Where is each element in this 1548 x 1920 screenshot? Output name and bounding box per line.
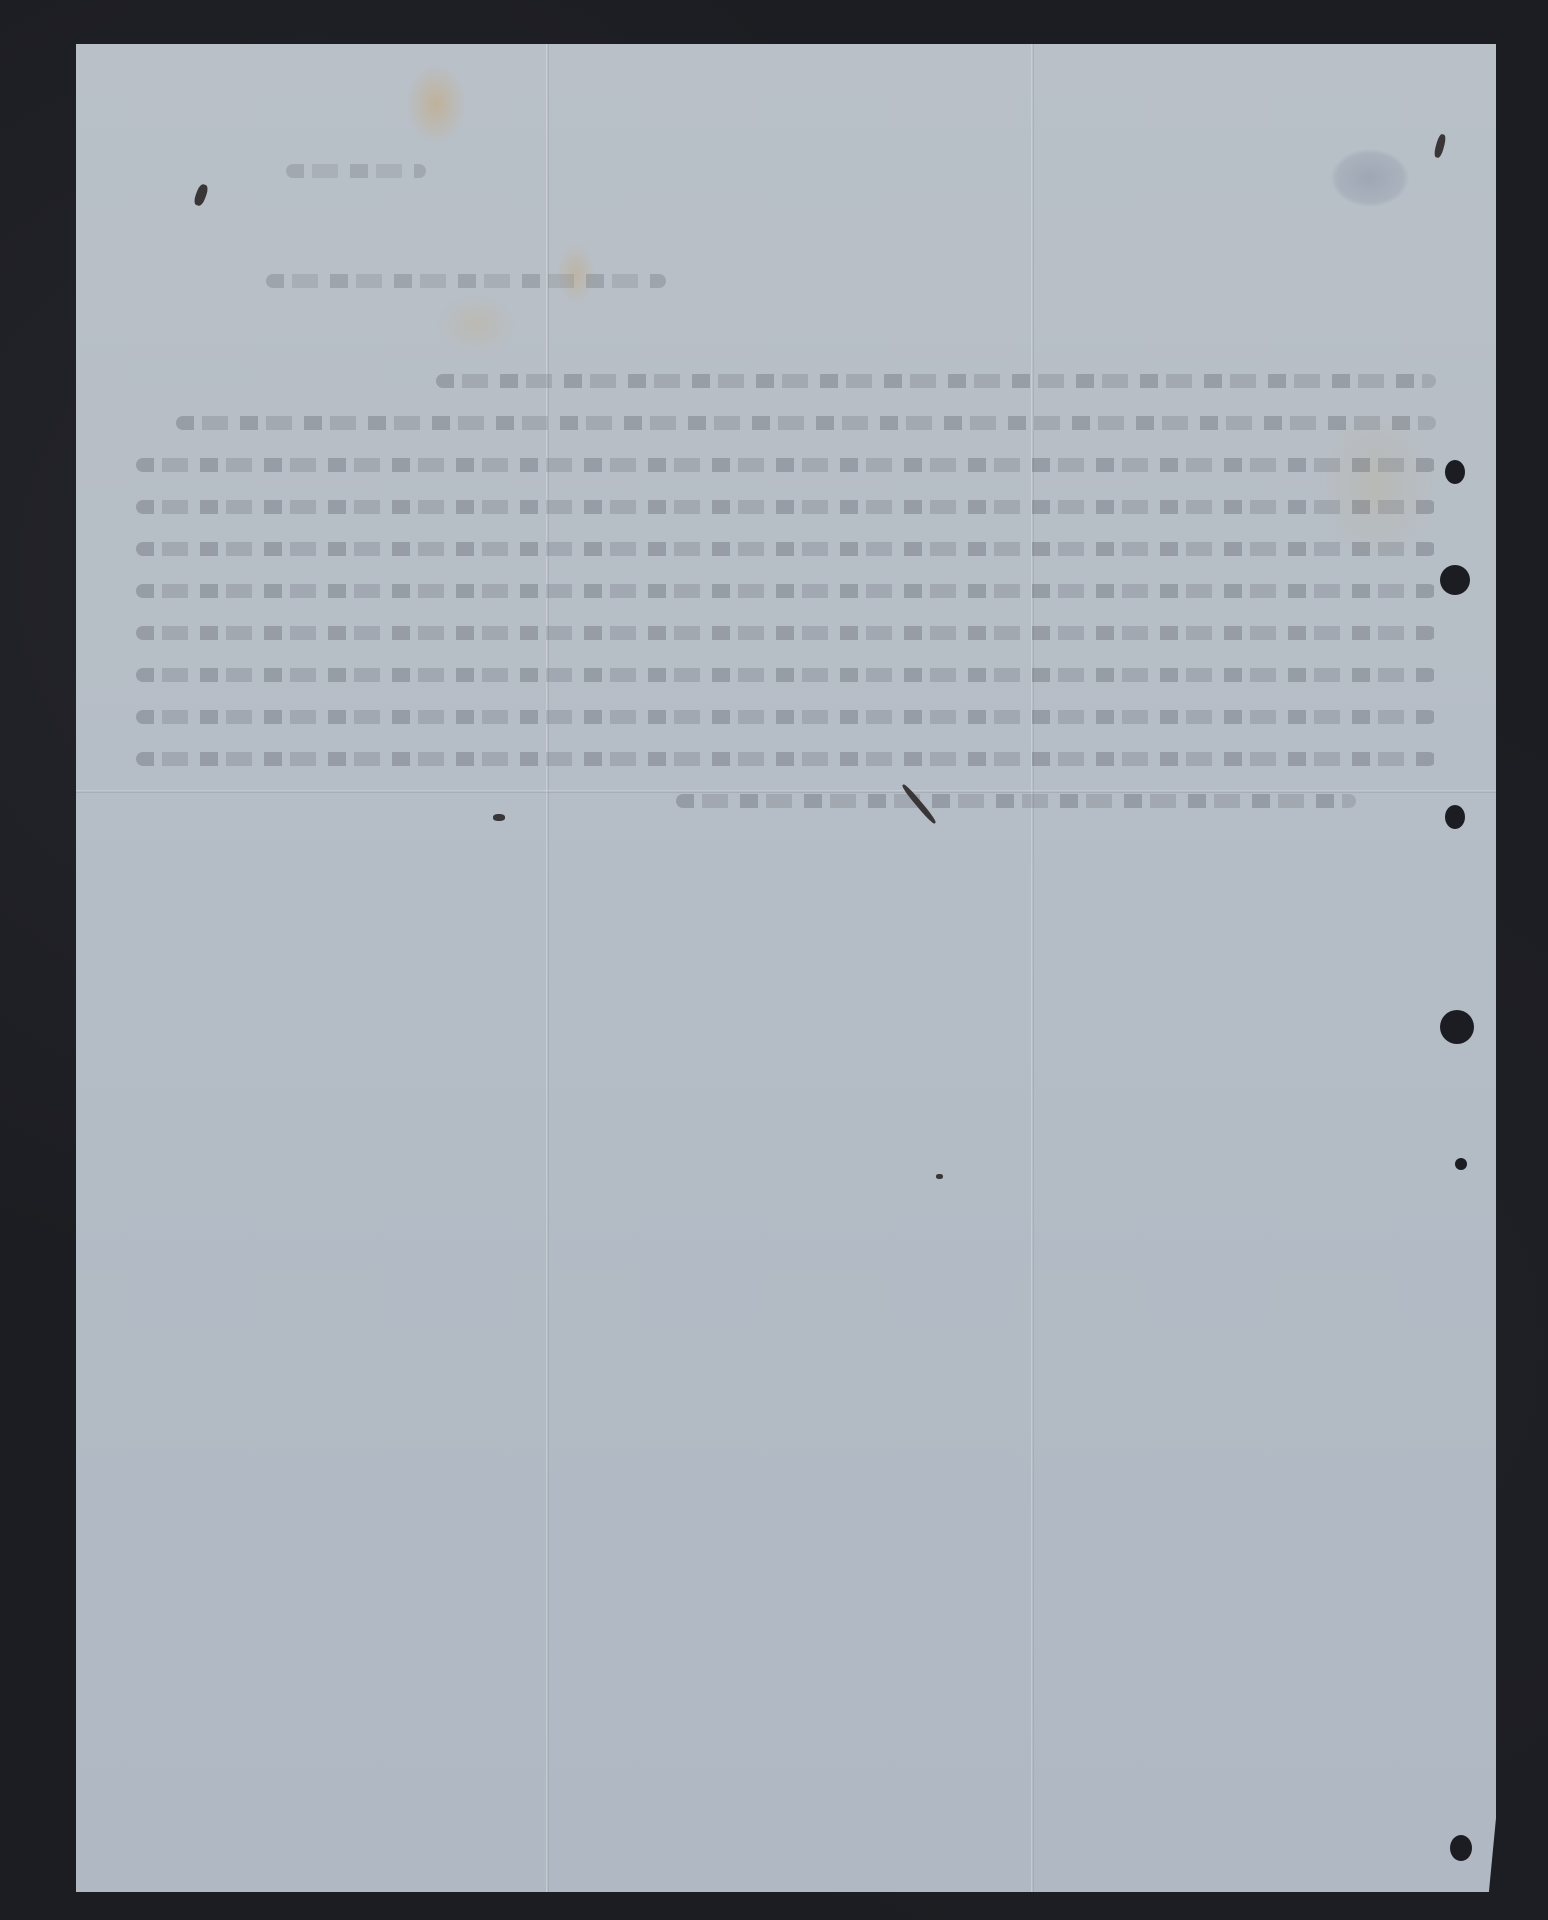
ink-mark (936, 1174, 943, 1179)
ink-mark (193, 183, 210, 207)
ink-mark (493, 814, 505, 821)
ink-mark (1433, 133, 1447, 158)
embossed-stamp-icon (1331, 149, 1409, 207)
fold-line-vertical-right (1031, 44, 1034, 1892)
punch-hole-torn (1445, 460, 1465, 484)
punch-hole (1440, 1010, 1474, 1044)
punch-hole-torn (1445, 805, 1465, 829)
ink-bleed-through (116, 334, 1456, 814)
letter-sheet (76, 44, 1496, 1892)
punch-hole (1440, 565, 1470, 595)
fold-line-vertical-left (546, 44, 549, 1892)
punch-hole-small (1455, 1158, 1467, 1170)
punch-hole-torn (1450, 1835, 1472, 1861)
